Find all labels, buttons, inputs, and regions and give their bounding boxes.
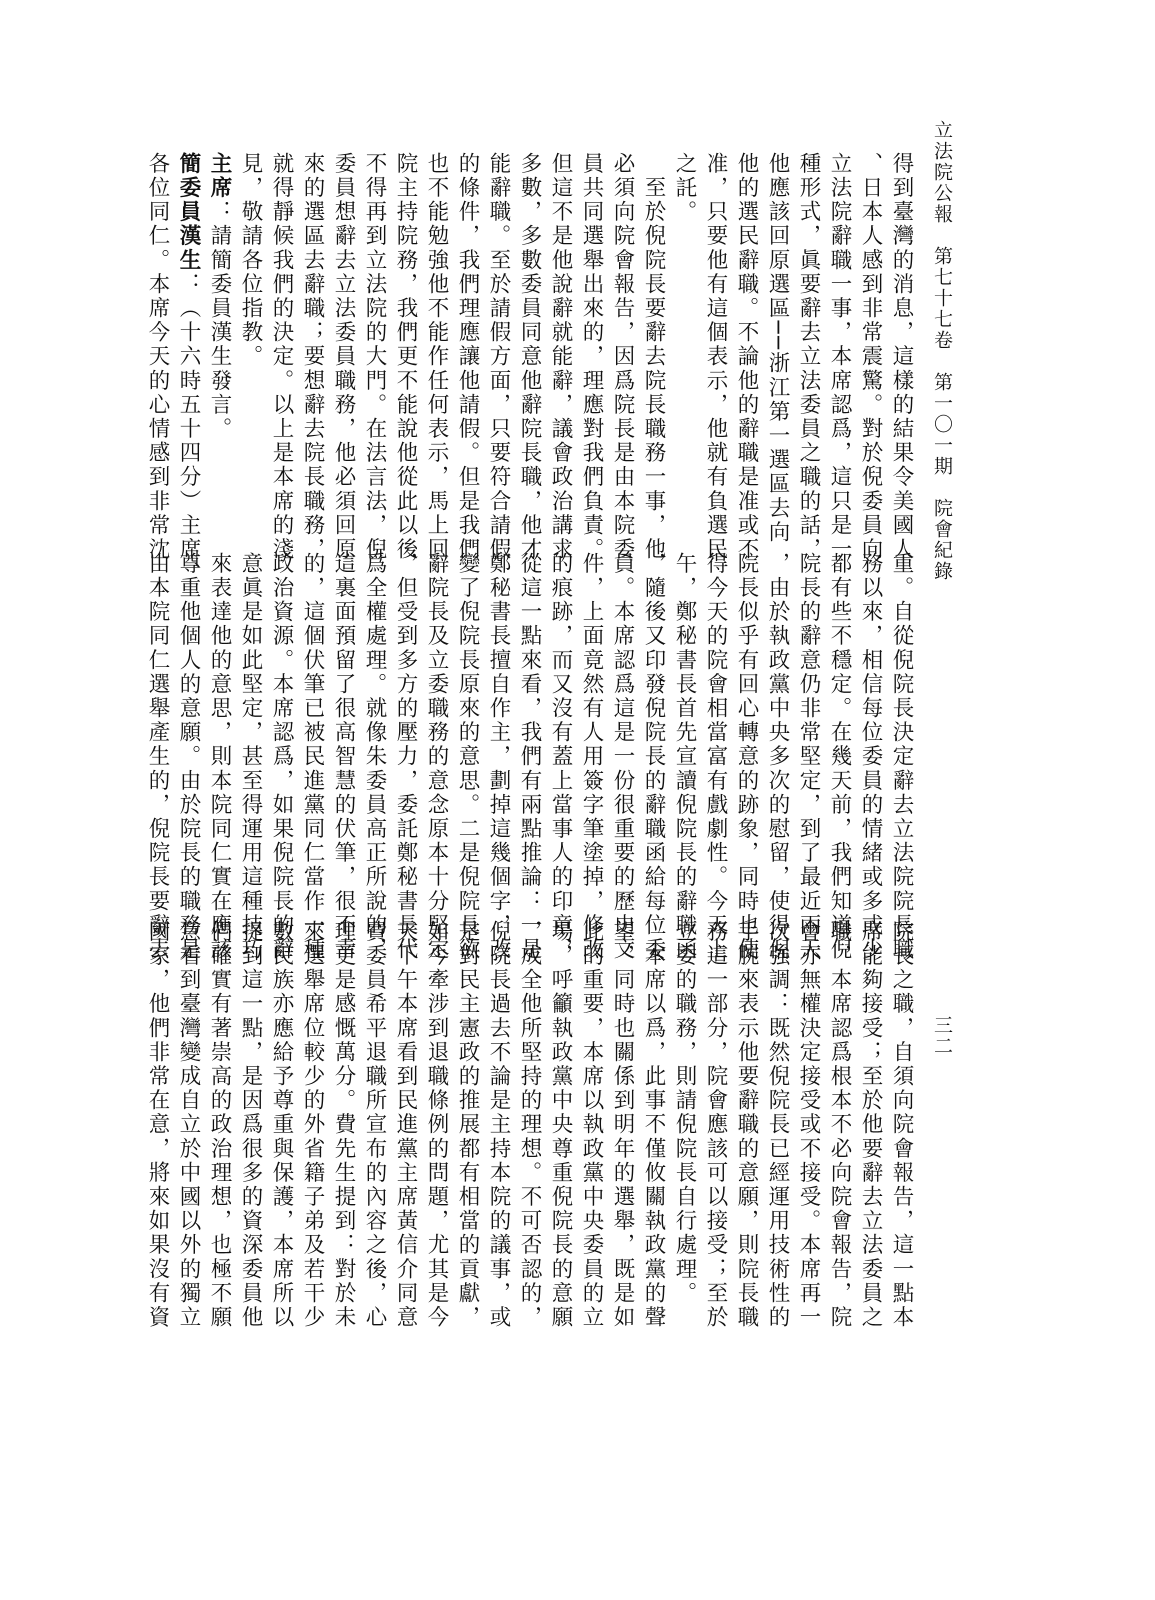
speaker-label: 簡委員漢生 bbox=[176, 152, 201, 273]
text-column: 多數，多數委員同意他辭院長職，他才 bbox=[514, 152, 545, 532]
text-column: 院長似乎有回心轉意的跡象，同時也使 bbox=[731, 552, 762, 932]
text-column: 得今天的院會相當富有戲劇性。今天上 bbox=[700, 552, 731, 932]
text-column: 望，同時也關係到明年的選舉，既是如 bbox=[607, 920, 638, 1260]
text-column: 重。自從倪院長決定辭去立法院院長職 bbox=[886, 552, 917, 932]
text-column: 能辭職。至於請假方面，只要符合請假 bbox=[483, 152, 514, 532]
text-column: 他應該回原選區──浙江第一選區去向 bbox=[762, 152, 793, 532]
text-column: 來的選區去辭職；要想辭去院長職務， bbox=[297, 152, 328, 532]
text-column: 鄭秘書長擅自作主，劃掉這幾個字，改 bbox=[483, 552, 514, 932]
text-column: 提到這一點，是因爲很多的資深委員他 bbox=[235, 920, 266, 1260]
text-column: 種形式，眞要辭去立法委員之職的話， bbox=[793, 152, 824, 532]
text-column: 務以來，相信每位委員的情緒或多或少 bbox=[855, 552, 886, 932]
text-column: 席能夠接受；至於他要辭去立法委員之 bbox=[855, 920, 886, 1260]
volume: 第七十七卷 bbox=[931, 246, 953, 351]
text-column: 委員想辭去立法委員職務，他必須回原 bbox=[328, 152, 359, 532]
text-column: 此的重要，本席以執政黨中央委員的立 bbox=[576, 920, 607, 1260]
text-column: 意眞是如此堅定，甚至得運用這種技巧 bbox=[235, 552, 266, 932]
text-column: 職，本席認爲根本不必向院會報告，院 bbox=[824, 920, 855, 1260]
text-column: 主席：請簡委員漢生發言。 bbox=[204, 152, 235, 532]
text-column: 本席以爲，此事不僅攸關執政黨的聲 bbox=[638, 920, 669, 1260]
text-column: 政治資源。本席認爲，如果倪院長的辭 bbox=[266, 552, 297, 932]
page-header: 立法院公報 第七十七卷 第一〇一期 院會紀錄 三二 bbox=[926, 120, 956, 1240]
text-column: 如今牽涉到退職條例的問題，尤其是今 bbox=[421, 920, 452, 1260]
page-number: 三二 bbox=[929, 1015, 956, 1057]
text-column: 得到臺灣的消息，這樣的結果令美國人 bbox=[886, 152, 917, 532]
text-column: 但這不是他說辭就能辭，議會政治講求 bbox=[545, 152, 576, 532]
text-column: 理更是感慨萬分。費先生提到：對於未 bbox=[328, 920, 359, 1260]
text-column: 立法院辭職一事，本席認爲，這只是一 bbox=[824, 152, 855, 532]
text-column: 手腕來表示他要辭職的意願，則院長職 bbox=[731, 920, 762, 1260]
text-column: 也不能勉強他不能作任何表示，馬上回 bbox=[421, 152, 452, 532]
text-column: 由本院同仁選舉產生的，倪院長要辭去 bbox=[142, 552, 173, 932]
text-column: 見，敬請各位指教。 bbox=[235, 152, 266, 532]
text-column: 數民族亦應給予尊重與保護，本席所以 bbox=[266, 920, 297, 1260]
text-column: 從這一點來看，我們有兩點推論：一是 bbox=[514, 552, 545, 932]
section-name: 院會紀錄 bbox=[931, 498, 953, 582]
text-column: 來選舉席位較少的外省籍子弟及若干少 bbox=[297, 920, 328, 1260]
text-column: 、日本人感到非常震驚。對於倪委員向 bbox=[855, 152, 886, 532]
text-column: 意看到臺灣變成自立於中國以外的獨立 bbox=[173, 920, 204, 1260]
text-column: 各位同仁。本席今天的心情感到非常沈 bbox=[142, 152, 173, 532]
text-column: ，成全他所堅持的理想。不可否認的， bbox=[514, 920, 545, 1260]
text-column: 倪院長過去不論是主持本院的議事，或 bbox=[483, 920, 514, 1260]
text-column: 至於倪院長要辭去院長職務一事，他 bbox=[638, 152, 669, 532]
text-column: 的痕跡，而又沒有蓋上當事人的印章， bbox=[545, 552, 576, 932]
text-column: 會亦無權決定接受或不接受。本席再一 bbox=[793, 920, 824, 1260]
speaker-label: 主席 bbox=[207, 152, 232, 200]
text-column: 准，只要他有這個表示，他就有負選民 bbox=[700, 152, 731, 532]
text-column: ，但受到多方的壓力，委託鄭秘書長代 bbox=[390, 552, 421, 932]
text-column: ，隨後又印發倪院長的辭職函給每位委 bbox=[638, 552, 669, 932]
text-column: 午，鄭秘書長首先宣讀倪院長的辭職函 bbox=[669, 552, 700, 932]
text-column: 的，這個伏筆已被民進黨同仁當作一種 bbox=[297, 552, 328, 932]
text-column: 院長的辭意仍非常堅定，到了最近兩天 bbox=[793, 552, 824, 932]
text-column: 來表達他的意思，則本院同仁實在應該 bbox=[204, 552, 235, 932]
text-column: ，由於執政黨中央多次的慰留，使得倪 bbox=[762, 552, 793, 932]
text-column: 是對民主憲政的推展都有相當的貢獻， bbox=[452, 920, 483, 1260]
text-column: 院長之職，自須向院會報告，這一點本 bbox=[886, 920, 917, 1260]
text-column: 件，上面竟然有人用簽字筆塗掉，修改 bbox=[576, 552, 607, 932]
text-column: 立委的職務，則請倪院長自行處理。 bbox=[669, 920, 700, 1260]
issue: 第一〇一期 bbox=[931, 372, 953, 477]
text-column: 不得再到立法院的大門。在法言法，倪 bbox=[359, 152, 390, 532]
text-column: 簡委員漢生：（十六時五十四分）主席、 bbox=[173, 152, 204, 532]
text-column: 費委員希平退職所宣布的內容之後，心 bbox=[359, 920, 390, 1260]
text-column: 務這一部分，院會應該可以接受；至於 bbox=[700, 920, 731, 1260]
text-column: 爲全權處理。就像朱委員高正所說的， bbox=[359, 552, 390, 932]
text-column: 員共同選舉出來的，理應對我們負責。 bbox=[576, 152, 607, 532]
text-column: 尊重他個人的意願。由於院長的職務是 bbox=[173, 552, 204, 932]
text-column: 辭院長及立委職務的意念原本十分堅定 bbox=[421, 552, 452, 932]
text-column: 變了倪院長原來的意思。二是倪院長欲 bbox=[452, 552, 483, 932]
text-column: 場，呼籲執政黨中央尊重倪院長的意願 bbox=[545, 920, 576, 1260]
publication-name: 立法院公報 bbox=[931, 120, 953, 225]
text-column: 員。本席認爲這是一份很重要的歷史文 bbox=[607, 552, 638, 932]
running-title: 立法院公報 第七十七卷 第一〇一期 院會紀錄 bbox=[929, 120, 956, 582]
text-column: 之託。 bbox=[669, 152, 700, 532]
text-column: 這裏面預留了很高智慧的伏筆，很不幸 bbox=[328, 552, 359, 932]
text-column: 的條件，我們理應讓他請假。但是我們 bbox=[452, 152, 483, 532]
text-band-top: 得到臺灣的消息，這樣的結果令美國人、日本人感到非常震驚。對於倪委員向立法院辭職一… bbox=[197, 152, 917, 532]
text-column: 國家，他們非常在意，將來如果沒有資 bbox=[142, 920, 173, 1260]
text-column: 就得靜候我們的決定。以上是本席的淺 bbox=[266, 152, 297, 532]
text-column: 他的選民辭職。不論他的辭職是准或不 bbox=[731, 152, 762, 532]
text-column: 都有些不穩定。在幾天前，我們知道倪 bbox=[824, 552, 855, 932]
text-band-bottom: 院長之職，自須向院會報告，這一點本席能夠接受；至於他要辭去立法委員之職，本席認爲… bbox=[197, 920, 917, 1260]
text-column: 次強調：既然倪院長已經運用技術性的 bbox=[762, 920, 793, 1260]
text-column: 必須向院會報告，因爲院長是由本院委 bbox=[607, 152, 638, 532]
text-column: 天下午本席看到民進黨主席黃信介同意 bbox=[390, 920, 421, 1260]
text-band-middle: 重。自從倪院長決定辭去立法院院長職務以來，相信每位委員的情緒或多或少都有些不穩定… bbox=[197, 552, 917, 932]
text-column: 們確實有著崇高的政治理想，也極不願 bbox=[204, 920, 235, 1260]
text-column: 院主持院務，我們更不能說他從此以後 bbox=[390, 152, 421, 532]
